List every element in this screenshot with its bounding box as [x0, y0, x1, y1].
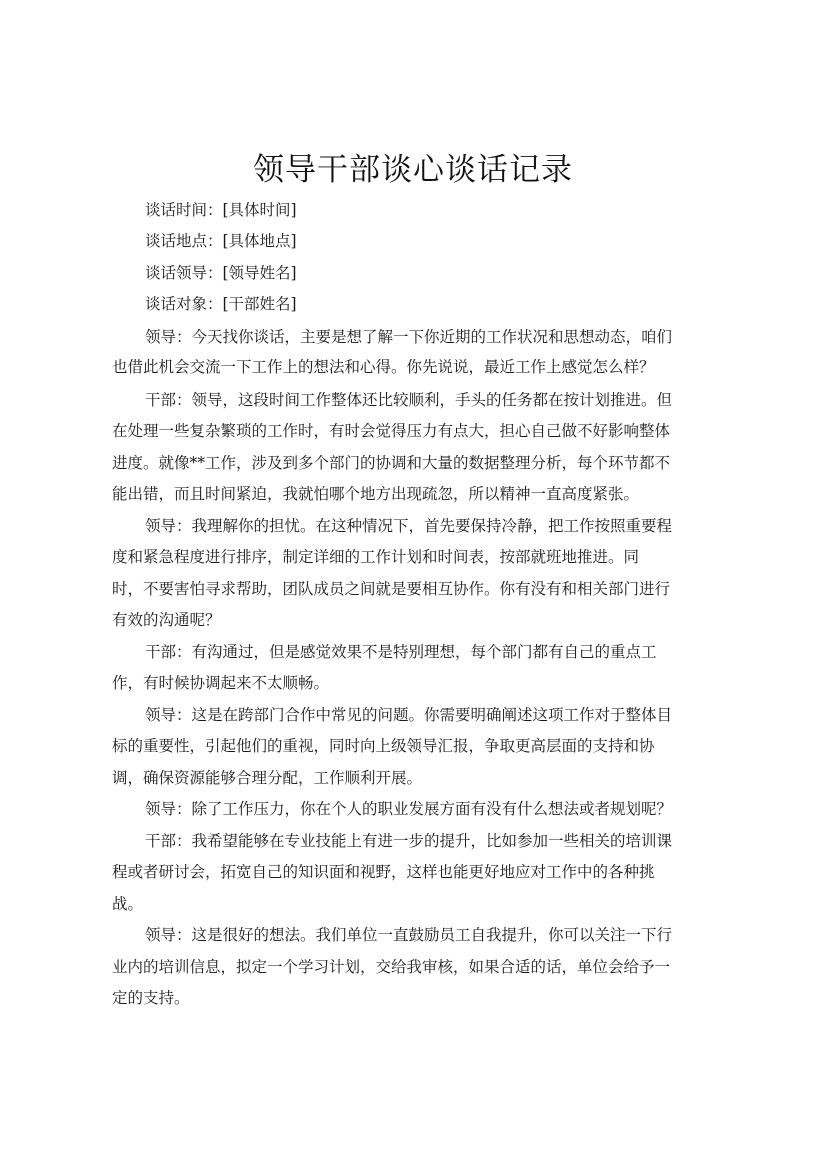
- paragraph-line: 进度。就像**工作，涉及到多个部门的协调和大量的数据整理分析，每个环节都不: [112, 452, 712, 474]
- paragraph-line: 干部：有沟通过，但是感觉效果不是特别理想，每个部门都有自己的重点工: [145, 641, 745, 663]
- paragraph-line: 干部：领导，这段时间工作整体还比较顺利，手头的任务都在按计划推进。但: [145, 389, 745, 411]
- paragraph-line: 有效的沟通呢？: [112, 609, 712, 631]
- paragraph-line: 定的支持。: [112, 987, 712, 1009]
- paragraph-line: 时，不要害怕寻求帮助，团队成员之间就是要相互协作。你有没有和相关部门进行: [112, 578, 712, 600]
- paragraph-line: 战。: [112, 893, 712, 915]
- paragraph-line: 领导：这是很好的想法。我们单位一直鼓励员工自我提升，你可以关注一下行: [145, 924, 745, 946]
- document-page: 领导干部谈心谈话记录 谈话时间：[具体时间] 谈话地点：[具体地点] 谈话领导：…: [0, 0, 826, 1165]
- meta-target: 谈话对象：[干部姓名]: [145, 293, 745, 315]
- meta-place: 谈话地点：[具体地点]: [145, 230, 745, 252]
- paragraph-line: 度和紧急程度进行排序，制定详细的工作计划和时间表，按部就班地推进。同: [112, 546, 712, 568]
- document-title: 领导干部谈心谈话记录: [0, 148, 826, 192]
- paragraph-line: 也借此机会交流一下工作上的想法和心得。你先说说，最近工作上感觉怎么样？: [112, 356, 712, 378]
- paragraph-line: 能出错，而且时间紧迫，我就怕哪个地方出现疏忽，所以精神一直高度紧张。: [112, 483, 712, 505]
- paragraph-line: 领导：除了工作压力，你在个人的职业发展方面有没有什么想法或者规划呢？: [145, 798, 745, 820]
- paragraph-line: 领导：我理解你的担忧。在这种情况下，首先要保持冷静，把工作按照重要程: [145, 515, 745, 537]
- meta-time: 谈话时间：[具体时间]: [145, 199, 745, 221]
- paragraph-line: 调，确保资源能够合理分配，工作顺利开展。: [112, 767, 712, 789]
- paragraph-line: 在处理一些复杂繁琐的工作时，有时会觉得压力有点大，担心自己做不好影响整体: [112, 420, 712, 442]
- paragraph-line: 领导：今天找你谈话，主要是想了解一下你近期的工作状况和思想动态，咱们: [145, 326, 745, 348]
- paragraph-line: 标的重要性，引起他们的重视，同时向上级领导汇报，争取更高层面的支持和协: [112, 735, 712, 757]
- paragraph-line: 领导：这是在跨部门合作中常见的问题。你需要明确阐述这项工作对于整体目: [145, 704, 745, 726]
- paragraph-line: 业内的培训信息，拟定一个学习计划，交给我审核，如果合适的话，单位会给予一: [112, 956, 712, 978]
- paragraph-line: 程或者研讨会，拓宽自己的知识面和视野，这样也能更好地应对工作中的各种挑: [112, 861, 712, 883]
- meta-leader: 谈话领导：[领导姓名]: [145, 262, 745, 284]
- paragraph-line: 干部：我希望能够在专业技能上有进一步的提升，比如参加一些相关的培训课: [145, 830, 745, 852]
- paragraph-line: 作，有时候协调起来不太顺畅。: [112, 672, 712, 694]
